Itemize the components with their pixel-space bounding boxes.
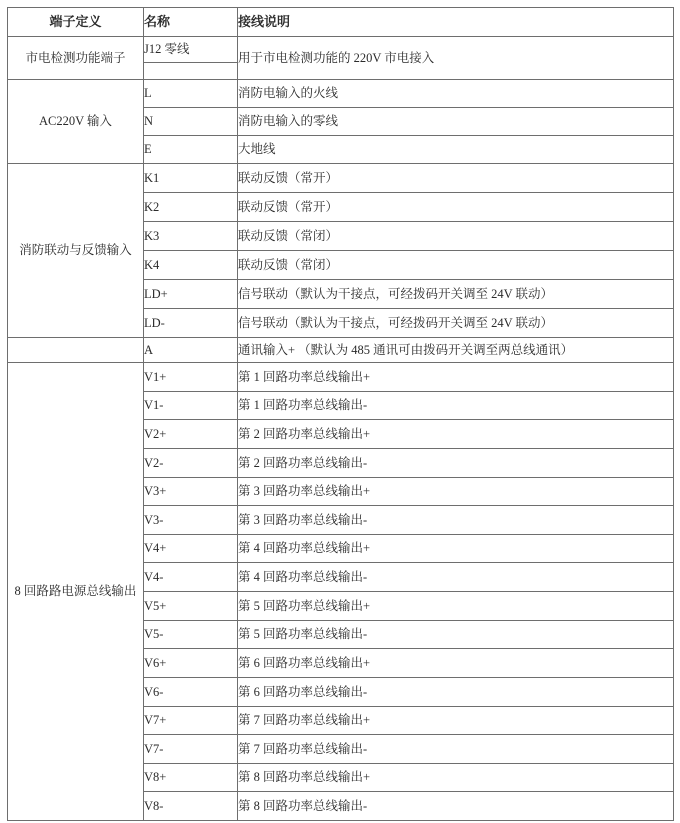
terminal-name-cell: L (144, 80, 238, 108)
terminal-name-cell: V2+ (144, 420, 238, 449)
terminal-name-cell: V8- (144, 792, 238, 821)
terminal-name-cell: E (144, 136, 238, 164)
wiring-description-cell: 第 5 回路功率总线输出- (238, 620, 674, 649)
wiring-description-cell: 信号联动（默认为干接点，可经拨码开关调至 24V 联动） (238, 280, 674, 309)
table-row: AC220V 输入L消防电输入的火线 (8, 80, 674, 108)
wiring-description-cell: 第 3 回路功率总线输出+ (238, 477, 674, 506)
table-row: 市电检测功能端子J12 零线用于市电检测功能的 220V 市电接入 (8, 37, 674, 63)
table-row: 8 回路路电源总线输出V1+第 1 回路功率总线输出+ (8, 363, 674, 392)
terminal-group-cell: AC220V 输入 (8, 80, 144, 164)
wiring-description-cell: 第 2 回路功率总线输出- (238, 448, 674, 477)
wiring-description-cell: 第 7 回路功率总线输出+ (238, 706, 674, 735)
terminal-group-cell: 消防联动与反馈输入 (8, 164, 144, 338)
wiring-description-cell: 第 8 回路功率总线输出+ (238, 763, 674, 792)
terminal-name-cell: V3+ (144, 477, 238, 506)
terminal-name-cell: V5- (144, 620, 238, 649)
wiring-description-cell: 第 5 回路功率总线输出+ (238, 592, 674, 621)
wiring-description-cell: 联动反馈（常闭） (238, 222, 674, 251)
wiring-description-cell: 第 4 回路功率总线输出- (238, 563, 674, 592)
terminal-group-cell (8, 338, 144, 363)
terminal-name-cell: V4+ (144, 534, 238, 563)
wiring-description-cell: 消防电输入的零线 (238, 108, 674, 136)
terminal-name-cell: V7- (144, 735, 238, 764)
terminal-name-cell: A (144, 338, 238, 363)
wiring-description-cell: 联动反馈（常开） (238, 193, 674, 222)
wiring-description-cell: 第 8 回路功率总线输出- (238, 792, 674, 821)
wiring-description-cell: 联动反馈（常闭） (238, 251, 674, 280)
wiring-description-cell: 第 3 回路功率总线输出- (238, 506, 674, 535)
terminal-name-cell: J12 零线 (144, 37, 238, 63)
terminal-name-cell: V1+ (144, 363, 238, 392)
wiring-description-cell: 通讯输入+ （默认为 485 通讯可由拨码开关调至两总线通讯） (238, 338, 674, 363)
terminal-name-cell: V6+ (144, 649, 238, 678)
table-row: A通讯输入+ （默认为 485 通讯可由拨码开关调至两总线通讯） (8, 338, 674, 363)
header-row: 端子定义 名称 接线说明 (8, 8, 674, 37)
terminal-name-cell: K2 (144, 193, 238, 222)
wiring-description-cell: 大地线 (238, 136, 674, 164)
table-row: 消防联动与反馈输入K1联动反馈（常开） (8, 164, 674, 193)
terminal-wiring-table: 端子定义 名称 接线说明 市电检测功能端子J12 零线用于市电检测功能的 220… (7, 7, 674, 821)
terminal-name-cell: K3 (144, 222, 238, 251)
wiring-description-cell: 信号联动（默认为干接点，可经拨码开关调至 24V 联动） (238, 309, 674, 338)
terminal-name-cell: LD- (144, 309, 238, 338)
wiring-description-cell: 消防电输入的火线 (238, 80, 674, 108)
wiring-description-cell: 第 6 回路功率总线输出+ (238, 649, 674, 678)
terminal-name-cell (144, 63, 238, 80)
wiring-description-cell: 第 2 回路功率总线输出+ (238, 420, 674, 449)
terminal-name-cell: V3- (144, 506, 238, 535)
wiring-description-cell: 用于市电检测功能的 220V 市电接入 (238, 37, 674, 80)
column-header-terminal-definition: 端子定义 (8, 8, 144, 37)
column-header-name: 名称 (144, 8, 238, 37)
terminal-name-cell: V4- (144, 563, 238, 592)
terminal-name-cell: V6- (144, 677, 238, 706)
terminal-table-body: 市电检测功能端子J12 零线用于市电检测功能的 220V 市电接入AC220V … (8, 37, 674, 821)
column-header-wiring-description: 接线说明 (238, 8, 674, 37)
terminal-name-cell: LD+ (144, 280, 238, 309)
terminal-group-cell: 8 回路路电源总线输出 (8, 363, 144, 821)
terminal-name-cell: K4 (144, 251, 238, 280)
wiring-description-cell: 第 1 回路功率总线输出- (238, 391, 674, 420)
terminal-name-cell: K1 (144, 164, 238, 193)
terminal-name-cell: N (144, 108, 238, 136)
terminal-name-cell: V8+ (144, 763, 238, 792)
terminal-name-cell: V2- (144, 448, 238, 477)
terminal-group-cell: 市电检测功能端子 (8, 37, 144, 80)
wiring-description-cell: 联动反馈（常开） (238, 164, 674, 193)
wiring-description-cell: 第 6 回路功率总线输出- (238, 677, 674, 706)
wiring-description-cell: 第 1 回路功率总线输出+ (238, 363, 674, 392)
document-page: 端子定义 名称 接线说明 市电检测功能端子J12 零线用于市电检测功能的 220… (0, 0, 680, 823)
terminal-name-cell: V7+ (144, 706, 238, 735)
wiring-description-cell: 第 4 回路功率总线输出+ (238, 534, 674, 563)
terminal-name-cell: V5+ (144, 592, 238, 621)
terminal-name-cell: V1- (144, 391, 238, 420)
wiring-description-cell: 第 7 回路功率总线输出- (238, 735, 674, 764)
